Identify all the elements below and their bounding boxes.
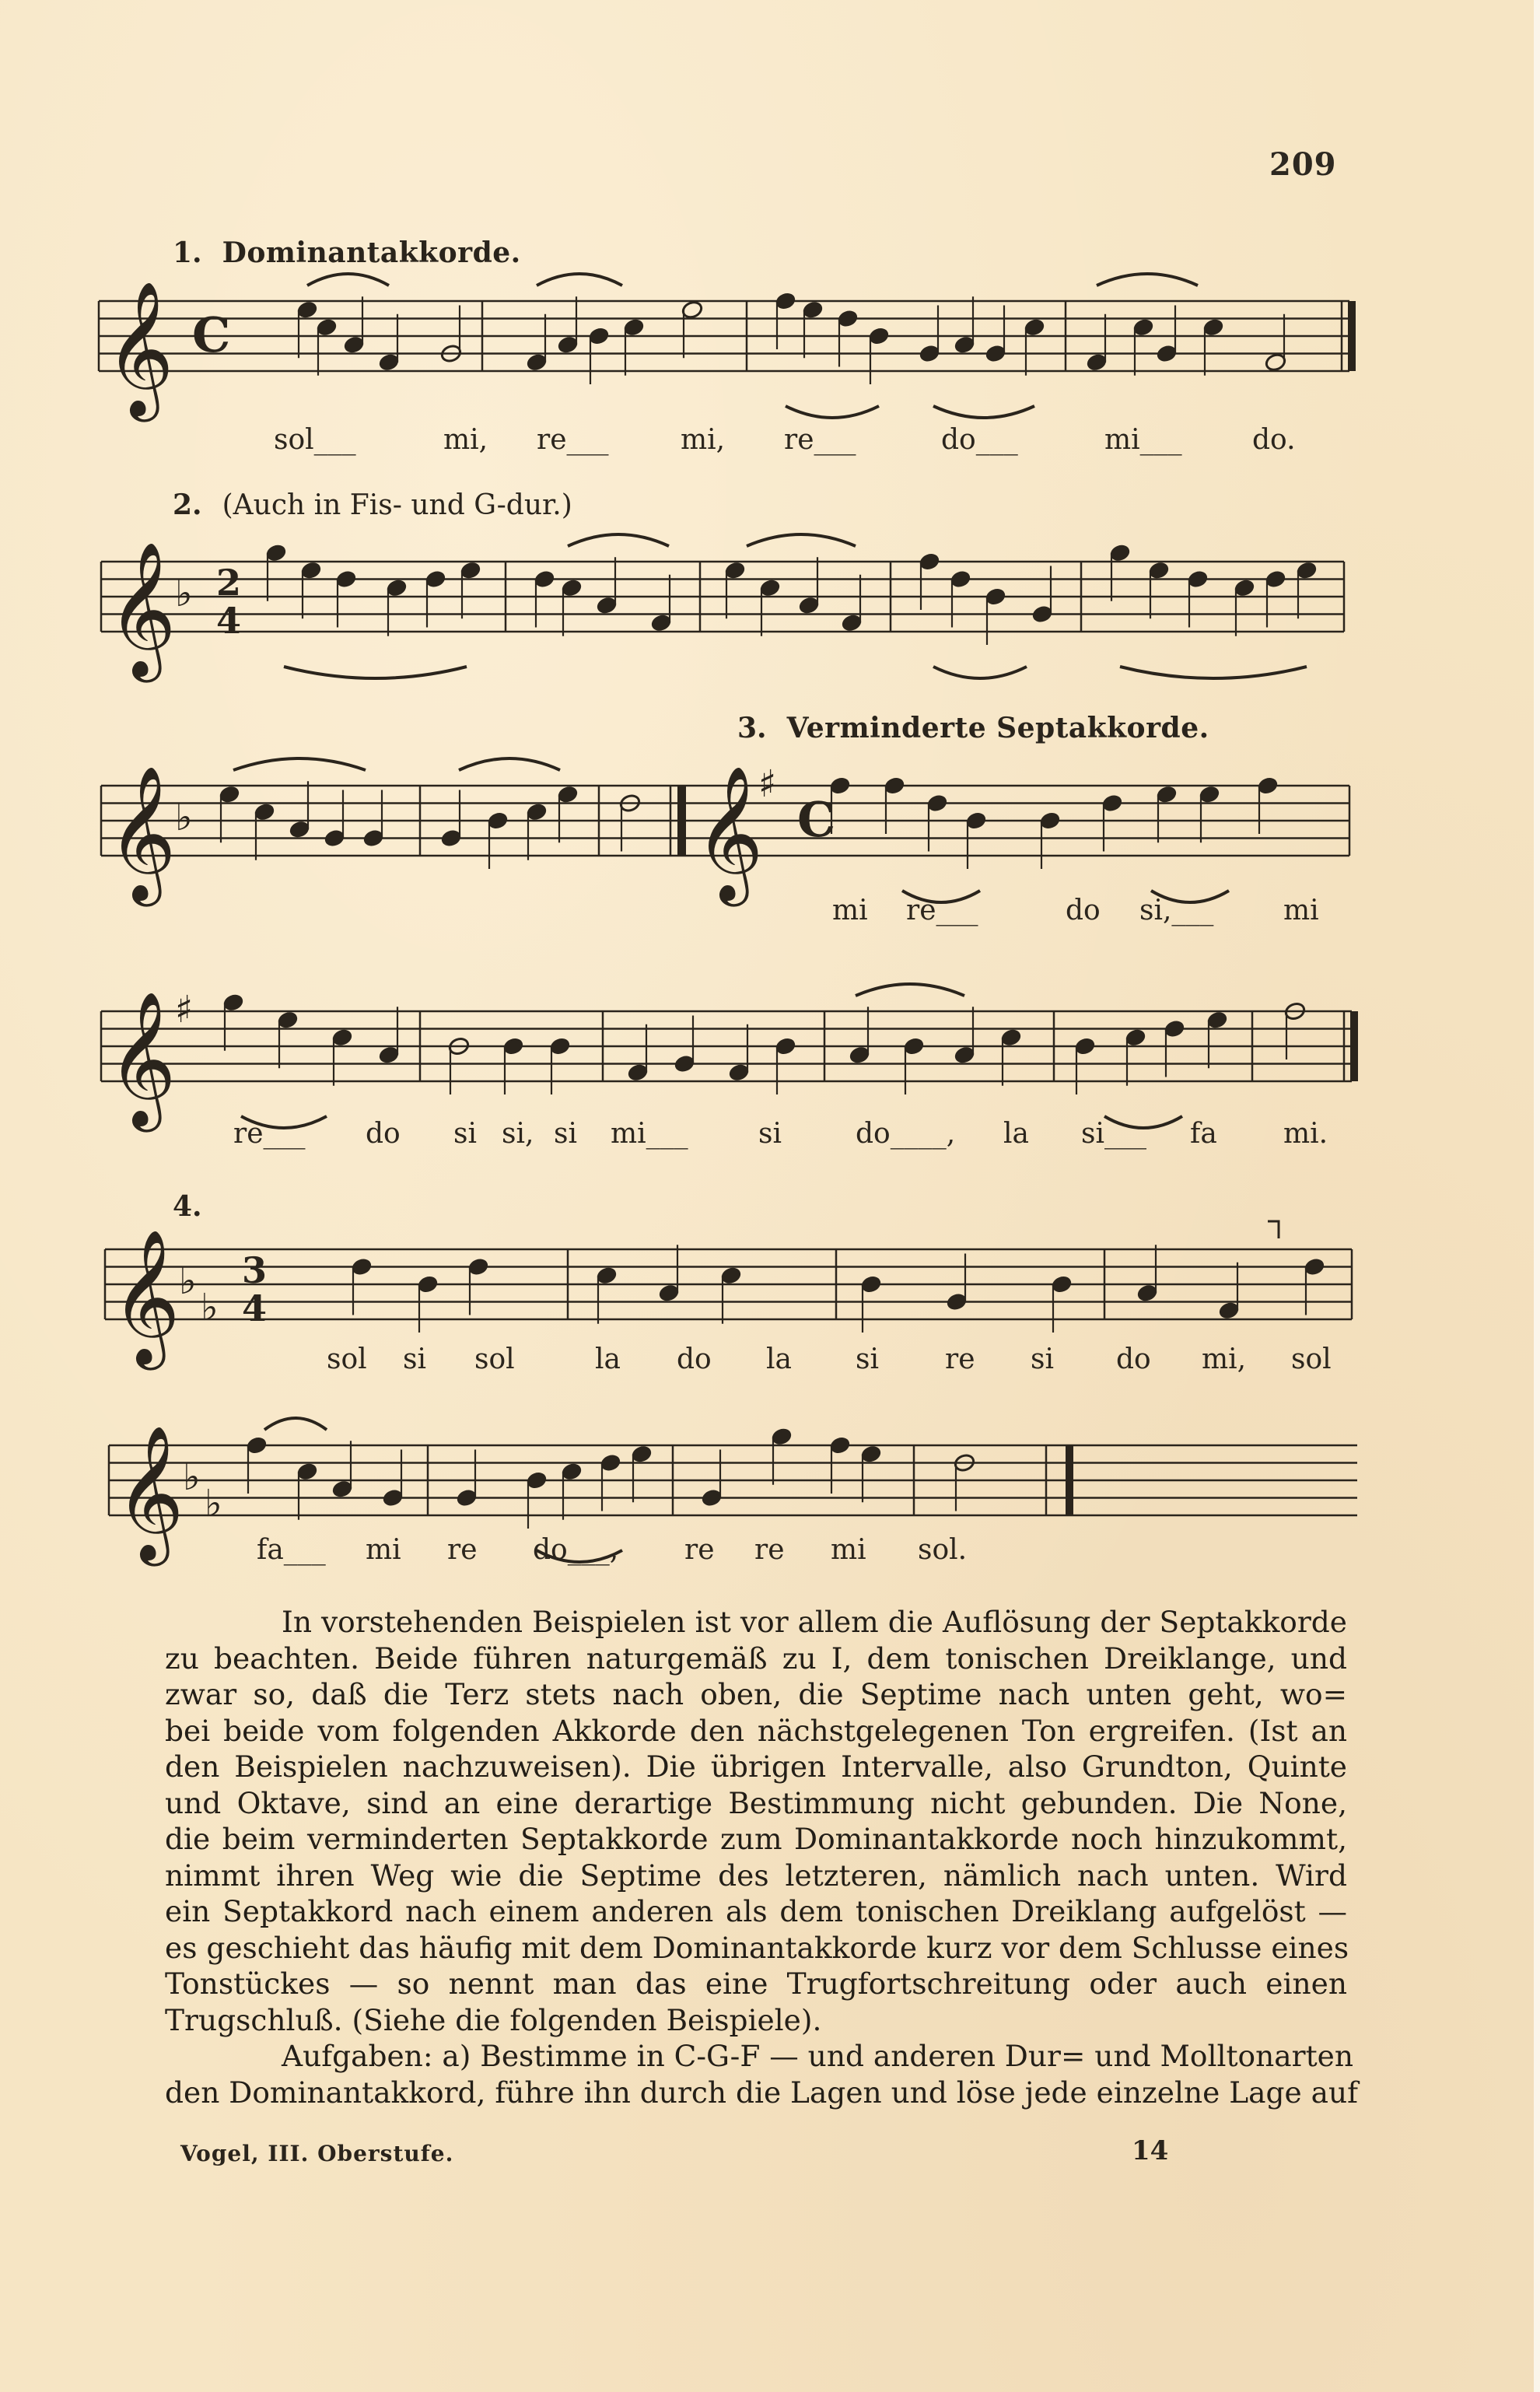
staff-s3: 𝄞♭𝄞♯C	[101, 758, 1349, 907]
treble-clef-icon: 𝄞	[111, 1229, 180, 1371]
slur	[459, 758, 560, 770]
lyric-syllable: re___	[233, 1118, 306, 1150]
double-barline	[1066, 1445, 1073, 1515]
sharp-icon: ♯	[758, 762, 776, 806]
slur	[537, 274, 622, 285]
body-line: den Beispielen nachzuweisen). Die übrige…	[165, 1749, 1347, 1785]
staff-s5: 𝄞♭♭34	[105, 1221, 1352, 1371]
time-signature: 2	[216, 562, 241, 604]
lyric-syllable: la	[766, 1343, 792, 1375]
treble-clef-icon: 𝄞	[107, 765, 177, 907]
lyric-syllable: re___	[784, 424, 856, 456]
flat-icon: ♭	[183, 1455, 201, 1499]
lyric-syllable: do	[677, 1343, 712, 1375]
slur	[233, 758, 366, 770]
sharp-icon: ♯	[175, 988, 193, 1031]
lyric-syllable: sol.	[918, 1534, 967, 1566]
lyric-syllable: fa___	[257, 1534, 326, 1566]
body-line: bei beide vom folgenden Akkorde den näch…	[165, 1713, 1347, 1749]
lyric-syllable: la	[1003, 1118, 1029, 1150]
time-signature: 4	[216, 600, 241, 642]
lyric-syllable: si	[453, 1118, 477, 1150]
lyric-syllable: do___,	[533, 1534, 618, 1566]
lyric-syllable: si	[758, 1118, 782, 1150]
body-line: In vorstehenden Beispielen ist vor allem…	[165, 1604, 1347, 1641]
lyric-syllable: si	[856, 1343, 879, 1375]
time-signature: 4	[242, 1287, 267, 1329]
slur	[933, 667, 1027, 678]
lyric-syllable: mi,	[443, 424, 488, 456]
lyric-syllable: re___	[906, 895, 978, 926]
slur	[284, 667, 467, 678]
slur	[786, 406, 879, 418]
lyric-syllable: si	[554, 1118, 577, 1150]
lyric-syllable: re	[447, 1534, 478, 1566]
lyric-syllable: re	[945, 1343, 975, 1375]
music-notation: 𝄞C𝄞♭24𝄞♭𝄞♯C𝄞♯𝄞♭♭34𝄞♭♭	[0, 0, 1540, 1634]
body-line-tasks: Aufgaben: a) Bestimme in C-G-F — und and…	[165, 2038, 1347, 2075]
staff-s2: 𝄞♭24	[101, 534, 1344, 683]
lyric-syllable: mi___	[611, 1118, 688, 1150]
treble-clef-icon: 𝄞	[105, 281, 174, 422]
lyric-syllable: do	[1116, 1343, 1151, 1375]
lyric-syllable: sol	[327, 1343, 367, 1375]
lyric-syllable: sol	[474, 1343, 515, 1375]
final-barline	[1348, 301, 1356, 371]
final-barline	[1350, 1011, 1358, 1081]
slur	[747, 534, 856, 546]
body-line: Tonstückes — so nennt man das eine Trugf…	[165, 1966, 1347, 2002]
lyric-syllable: do___	[941, 424, 1018, 456]
lyric-syllable: si	[1031, 1343, 1054, 1375]
staff-s1: 𝄞C	[99, 274, 1356, 422]
lyric-syllable: la	[595, 1343, 621, 1375]
lyric-syllable: mi	[1283, 895, 1319, 926]
treble-clef-icon: 𝄞	[107, 991, 177, 1133]
lyric-syllable: mi	[831, 1534, 866, 1566]
lyric-syllable: mi___	[1104, 424, 1182, 456]
lyric-syllable: fa	[1190, 1118, 1217, 1150]
lyric-syllable: si___	[1081, 1118, 1146, 1150]
common-time-icon: C	[797, 791, 835, 848]
body-line: nimmt ihren Weg wie die Septime des letz…	[165, 1858, 1347, 1894]
staff-s4: 𝄞♯	[101, 984, 1358, 1133]
lyric-syllable: si	[403, 1343, 426, 1375]
lyric-syllable: re	[684, 1534, 715, 1566]
footer-signature-mark: 14	[1132, 2135, 1168, 2166]
lyric-syllable: do.	[1252, 424, 1296, 456]
lyric-syllable: mi,	[681, 424, 725, 456]
lyric-syllable: mi	[366, 1534, 401, 1566]
flat-icon: ♭	[175, 572, 193, 615]
slur	[856, 984, 964, 996]
slur	[264, 1418, 327, 1430]
flat-icon: ♭	[201, 1286, 219, 1329]
lyric-syllable: mi,	[1202, 1343, 1246, 1375]
slur	[568, 534, 669, 546]
flat-icon: ♭	[175, 796, 193, 839]
treble-clef-icon: 𝄞	[107, 541, 177, 683]
lyric-syllable: mi.	[1283, 1118, 1328, 1150]
phrase-mark	[1268, 1221, 1279, 1238]
slur	[307, 274, 389, 285]
body-line: es geschieht das häufig mit dem Dominant…	[165, 1930, 1347, 1966]
treble-clef-icon: 𝄞	[115, 1425, 184, 1567]
body-line: die beim verminderten Septakkorde zum Do…	[165, 1821, 1347, 1858]
slur	[1097, 274, 1198, 285]
lyric-syllable: sol___	[274, 424, 356, 456]
lyric-syllable: si,	[502, 1118, 534, 1150]
lyric-syllable: re	[754, 1534, 785, 1566]
body-line: und Oktave, sind an eine derartige Besti…	[165, 1785, 1347, 1822]
lyric-syllable: re___	[537, 424, 609, 456]
slur	[1120, 667, 1307, 678]
body-line: den Dominantakkord, führe ihn durch die …	[165, 2075, 1347, 2111]
body-paragraph: In vorstehenden Beispielen ist vor allem…	[165, 1604, 1347, 2110]
flat-icon: ♭	[205, 1482, 222, 1525]
body-line: zwar so, daß die Terz stets nach oben, d…	[165, 1676, 1347, 1713]
body-line: zu beachten. Beide führen naturgemäß zu …	[165, 1641, 1347, 1677]
lyric-syllable: do____,	[856, 1118, 955, 1150]
body-line: Trugschluß. (Siehe die folgenden Beispie…	[165, 2002, 1347, 2039]
time-signature: 3	[242, 1249, 267, 1291]
body-line: ein Septakkord nach einem anderen als de…	[165, 1893, 1347, 1930]
treble-clef-icon: 𝄞	[695, 765, 764, 907]
lyric-syllable: do	[366, 1118, 401, 1150]
lyric-syllable: mi	[832, 895, 868, 926]
double-barline	[677, 786, 686, 856]
lyric-syllable: si,___	[1139, 895, 1213, 926]
lyric-syllable: do	[1066, 895, 1101, 926]
slur	[933, 406, 1034, 418]
flat-icon: ♭	[179, 1259, 197, 1303]
common-time-icon: C	[192, 306, 230, 363]
lyric-syllable: sol	[1291, 1343, 1332, 1375]
footer-book-title: Vogel, III. Oberstufe.	[180, 2141, 453, 2166]
